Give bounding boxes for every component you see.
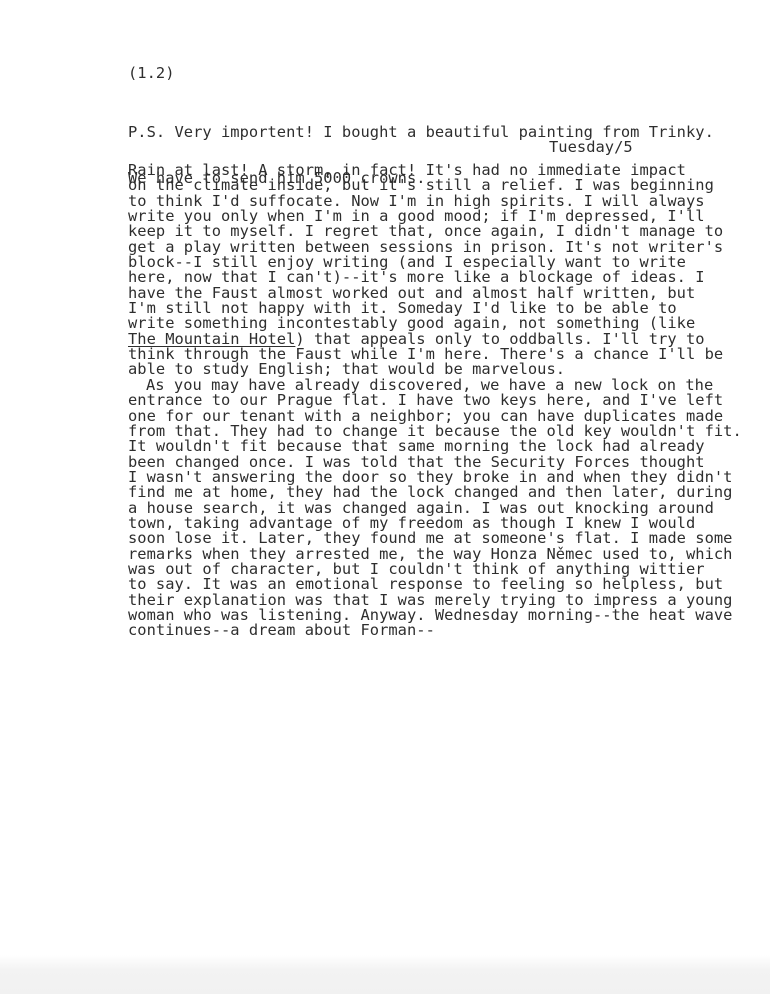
page-number: (1.2): [128, 66, 175, 81]
body-line: continues--a dream about Forman--: [128, 623, 742, 638]
typewritten-page: (1.2) P.S. Very importent! I bought a be…: [0, 0, 770, 994]
letter-body: Rain at last! A storm, in fact! It's had…: [128, 163, 742, 639]
date-heading: Tuesday/5: [549, 140, 633, 155]
